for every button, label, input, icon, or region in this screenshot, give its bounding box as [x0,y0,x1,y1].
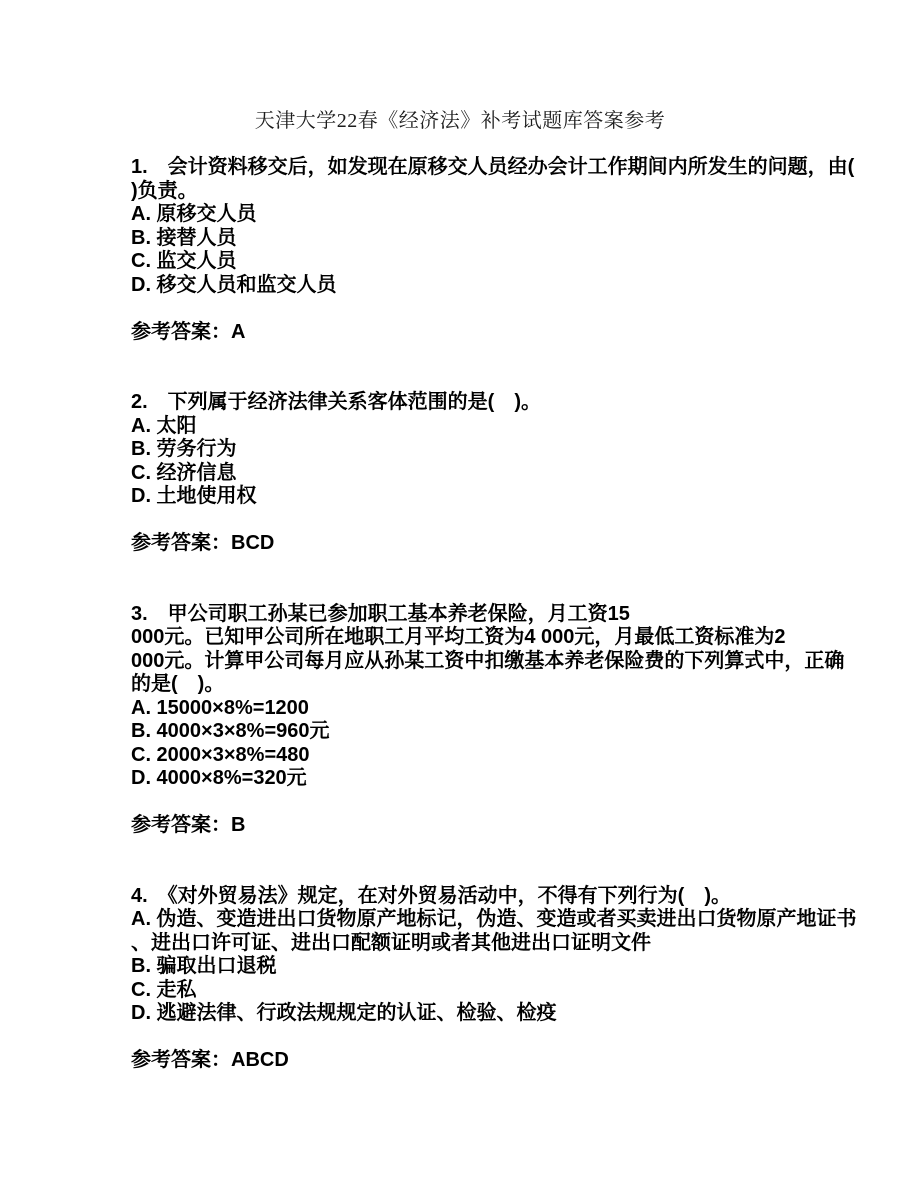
answer-label: 参考答案： [131,321,231,343]
question-3-option-c: C. 2000×3×8%=480 [131,744,891,768]
question-3-option-b: B. 4000×3×8%=960元 [131,720,891,744]
answer-label: 参考答案： [131,1049,231,1071]
question-1-option-b: B. 接替人员 [131,227,891,251]
question-4-option-c: C. 走私 [131,979,891,1003]
question-1-option-a: A. 原移交人员 [131,203,891,227]
question-2-stem-line-1: 2. 下列属于经济法律关系客体范围的是( )。 [131,391,891,415]
question-3-stem-line-3: 000元。计算甲公司每月应从孙某工资中扣缴基本养老保险费的下列算式中，正确 [131,650,891,674]
answer-value: BCD [231,532,274,554]
question-2: 2. 下列属于经济法律关系客体范围的是( )。 A. 太阳 B. 劳务行为 C.… [131,391,891,556]
question-2-option-d: D. 土地使用权 [131,485,891,509]
question-4-stem-line-1: 4. 《对外贸易法》规定，在对外贸易活动中，不得有下列行为( )。 [131,885,891,909]
question-4-answer-line: 参考答案：ABCD [131,1049,891,1073]
question-3-option-a: A. 15000×8%=1200 [131,697,891,721]
question-2-option-b: B. 劳务行为 [131,438,891,462]
question-3-stem-line-4: 的是( )。 [131,673,891,697]
document-page: 天津大学22春《经济法》补考试题库答案参考 1. 会计资料移交后，如发现在原移交… [0,0,920,1191]
question-3: 3. 甲公司职工孙某已参加职工基本养老保险，月工资15 000元。已知甲公司所在… [131,603,891,838]
question-1-option-d: D. 移交人员和监交人员 [131,274,891,298]
question-4-option-d: D. 逃避法律、行政法规规定的认证、检验、检疫 [131,1002,891,1026]
question-4-option-b: B. 骗取出口退税 [131,955,891,979]
question-4-option-a-line-1: A. 伪造、变造进出口货物原产地标记，伪造、变造或者买卖进出口货物原产地证书 [131,908,891,932]
answer-label: 参考答案： [131,532,231,554]
question-4: 4. 《对外贸易法》规定，在对外贸易活动中，不得有下列行为( )。 A. 伪造、… [131,885,891,1073]
question-1-option-c: C. 监交人员 [131,250,891,274]
answer-value: A [231,321,245,343]
question-3-stem-line-2: 000元。已知甲公司所在地职工月平均工资为4 000元，月最低工资标准为2 [131,626,891,650]
question-2-option-c: C. 经济信息 [131,462,891,486]
question-2-option-a: A. 太阳 [131,415,891,439]
page-title: 天津大学22春《经济法》补考试题库答案参考 [0,104,920,133]
answer-label: 参考答案： [131,814,231,836]
question-3-option-d: D. 4000×8%=320元 [131,767,891,791]
answer-value: ABCD [231,1049,289,1071]
answer-value: B [231,814,245,836]
question-1-stem-line-2: )负责。 [131,180,891,204]
question-1-stem-line-1: 1. 会计资料移交后，如发现在原移交人员经办会计工作期间内所发生的问题，由( [131,156,891,180]
question-3-stem-line-1: 3. 甲公司职工孙某已参加职工基本养老保险，月工资15 [131,603,891,627]
question-4-option-a-line-2: 、进出口许可证、进出口配额证明或者其他进出口证明文件 [131,932,891,956]
question-1-answer-line: 参考答案：A [131,321,891,345]
question-1: 1. 会计资料移交后，如发现在原移交人员经办会计工作期间内所发生的问题，由( )… [131,156,891,344]
question-3-answer-line: 参考答案：B [131,814,891,838]
question-list: 1. 会计资料移交后，如发现在原移交人员经办会计工作期间内所发生的问题，由( )… [131,156,891,1073]
question-2-answer-line: 参考答案：BCD [131,532,891,556]
